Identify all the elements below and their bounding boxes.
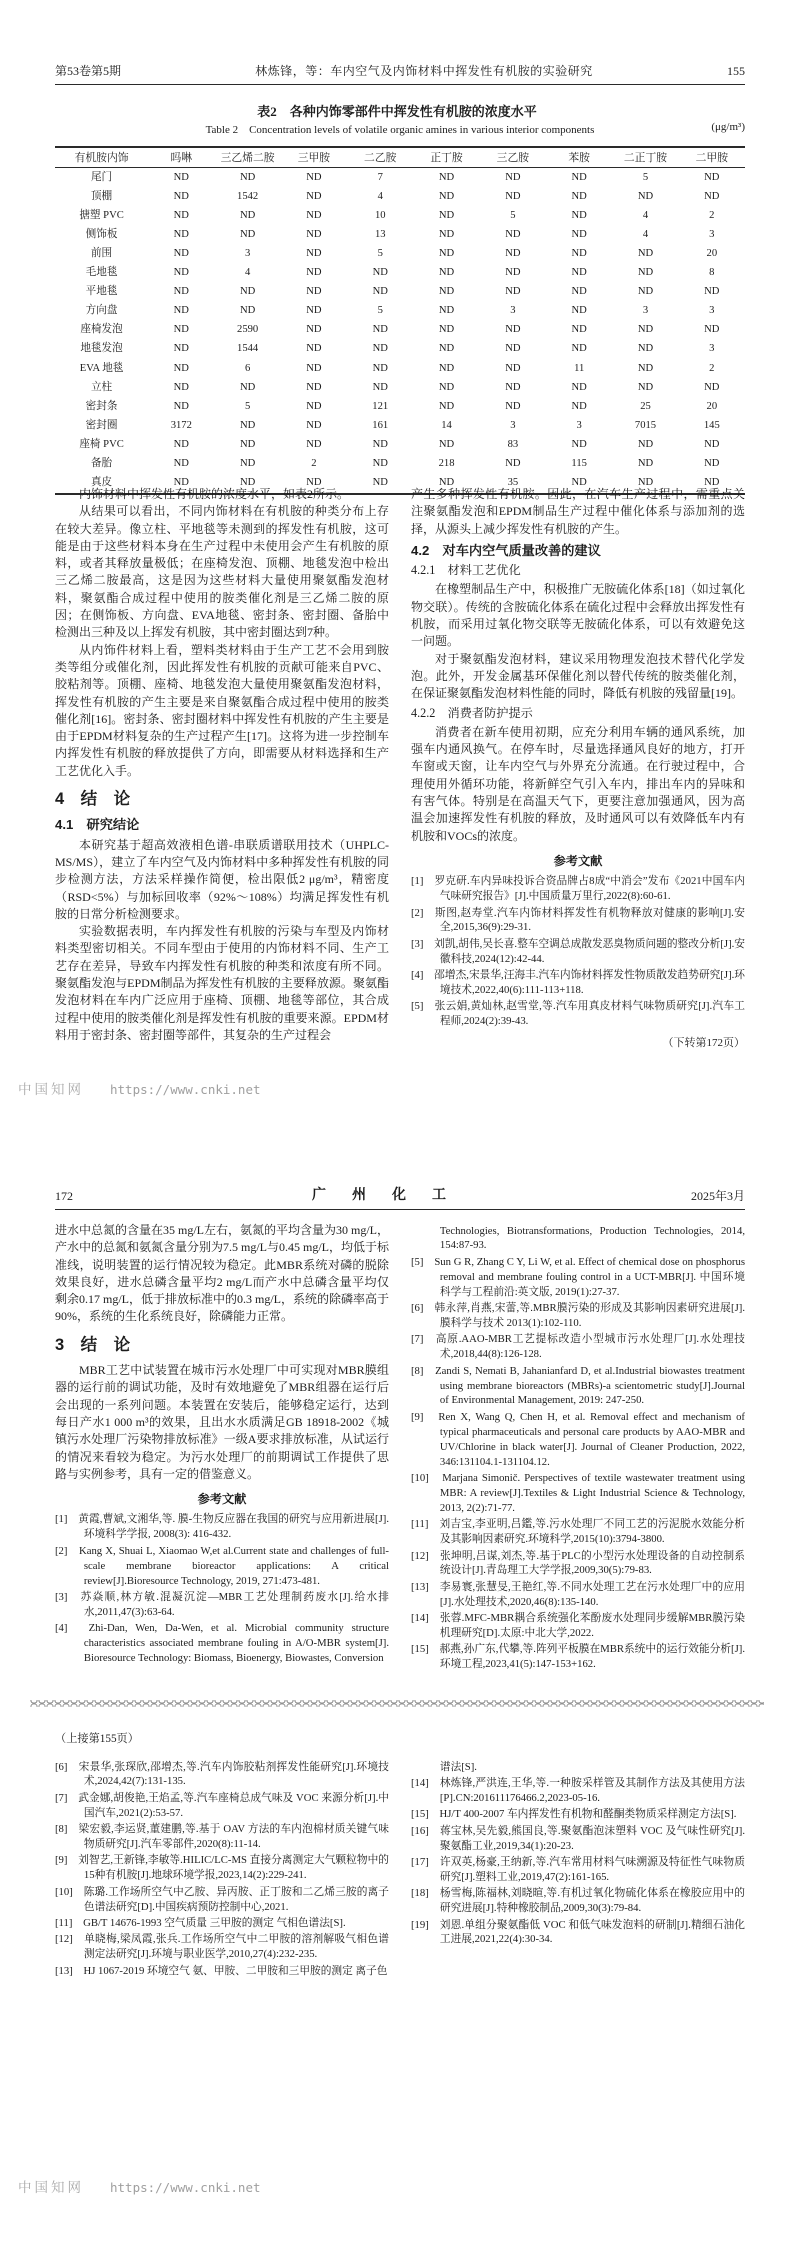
cell-value: 1544 [214, 340, 280, 359]
cell-value: ND [480, 340, 546, 359]
reference-item: [12] 张坤明,吕谋,刘杰,等.基于PLC的小型污水处理设备的自动控制系统设计… [411, 1549, 745, 1579]
cell-value: 7015 [612, 416, 678, 435]
cell-value: ND [148, 340, 214, 359]
row-label: 尾门 [55, 168, 148, 188]
page2-right-column: Technologies, Biotransformations, Produc… [411, 1222, 745, 1674]
row-label: 毛地毯 [55, 264, 148, 283]
reference-item: [6] 宋景华,张琛欣,邵增杰,等.汽车内饰胶粘剂挥发性能研究[J].环境技术,… [55, 1760, 389, 1790]
cell-value: ND [679, 321, 745, 340]
cell-value: ND [148, 435, 214, 454]
page2-running-header: 172 广 州 化 工 2025年3月 [55, 1184, 745, 1210]
cell-value: ND [413, 244, 479, 263]
table-row: 尾门NDNDND7NDNDND5ND [55, 168, 745, 188]
cell-value: ND [679, 187, 745, 206]
cell-value: ND [480, 321, 546, 340]
cell-value: 20 [679, 397, 745, 416]
table-row: 密封条ND5ND121NDNDND2520 [55, 397, 745, 416]
table-row: 前围ND3ND5NDNDNDND20 [55, 244, 745, 263]
cell-value: ND [413, 302, 479, 321]
cell-value: ND [281, 416, 347, 435]
reference-item: [1] 黄霞,曹斌,文湘华,等. 膜-生物反应器在我国的研究与应用新进展[J].… [55, 1512, 389, 1542]
cell-value: ND [679, 378, 745, 397]
issue-label: 第53卷第5期 [55, 62, 121, 79]
page2-watermark: 中国知网 https://www.cnki.net [18, 2176, 261, 2196]
cell-value: ND [347, 264, 413, 283]
cell-value: ND [413, 435, 479, 454]
cell-value: 5 [612, 168, 678, 188]
cell-value: 3172 [148, 416, 214, 435]
cell-value: ND [546, 397, 612, 416]
cell-value: 2 [679, 359, 745, 378]
cell-value: ND [612, 340, 678, 359]
reference-item: [3] 刘凯,胡伟,吴长喜.整车空调总成散发恶臭物质问题的整改分析[J].安徽科… [411, 937, 745, 967]
subsubsection-heading: 4.2.1 材料工艺优化 [411, 562, 745, 579]
cell-value: ND [546, 206, 612, 225]
references-title: 参考文献 [411, 853, 745, 870]
cell-value: 4 [214, 264, 280, 283]
cell-value: ND [546, 378, 612, 397]
cell-value: ND [214, 168, 280, 188]
reference-item: [13] HJ 1067-2019 环境空气 氨、甲胺、二甲胺和三甲胺的测定 离… [55, 1964, 389, 1979]
cell-value: 2590 [214, 321, 280, 340]
cell-value: ND [281, 168, 347, 188]
cell-value: ND [148, 168, 214, 188]
reference-item: [11] GB/T 14676-1993 空气质量 三甲胺的测定 气相色谱法[S… [55, 1916, 389, 1931]
cell-value: ND [413, 359, 479, 378]
reference-item: [8] 梁宏毅,李运贤,董建鹏,等.基于 OAV 方法的车内泡棉材质关键气味物质… [55, 1822, 389, 1852]
cell-value: ND [281, 321, 347, 340]
cell-value: ND [546, 264, 612, 283]
cell-value: ND [546, 283, 612, 302]
row-label: 前围 [55, 244, 148, 263]
cell-value: 14 [413, 416, 479, 435]
journal-name: 广 州 化 工 [312, 1184, 452, 1204]
cell-value: ND [281, 435, 347, 454]
column-header: 正丁胺 [413, 147, 479, 168]
table-row: 搪塑 PVCNDNDND10ND5ND42 [55, 206, 745, 225]
paragraph-continuation: 进水中总氮的含量在35 mg/L左右，氨氮的平均含量为30 mg/L，产水中的总… [55, 1222, 389, 1326]
reference-item: [7] 高原.AAO-MBR工艺提标改造小型城市污水处理厂[J].水处理技术,2… [411, 1332, 745, 1362]
table-row: 平地毯NDNDNDNDNDNDNDNDND [55, 283, 745, 302]
table-row: 立柱NDNDNDNDNDNDNDNDND [55, 378, 745, 397]
cell-value: 20 [679, 244, 745, 263]
cell-value: ND [480, 283, 546, 302]
column-header: 三乙烯二胺 [214, 147, 280, 168]
column-header: 苯胺 [546, 147, 612, 168]
subsubsection-heading: 4.2.2 消费者防护提示 [411, 705, 745, 722]
cell-value: 6 [214, 359, 280, 378]
cell-value: ND [612, 244, 678, 263]
cell-value: 3 [679, 225, 745, 244]
table-caption-cn: 表2 各种内饰零部件中挥发性有机胺的浓度水平 [0, 101, 794, 120]
references-title: 参考文献 [55, 1491, 389, 1508]
table-row: 座椅发泡ND2590NDNDNDNDNDNDND [55, 321, 745, 340]
cell-value: ND [413, 187, 479, 206]
cell-value: 3 [612, 302, 678, 321]
cell-value: ND [281, 340, 347, 359]
table-row: 毛地毯ND4NDNDNDNDNDND8 [55, 264, 745, 283]
continued-on-note: （下转第172页） [411, 1035, 745, 1052]
section-heading: 4 结 论 [55, 791, 389, 808]
cell-value: ND [413, 397, 479, 416]
cell-value: 1542 [214, 187, 280, 206]
row-label: 座椅 PVC [55, 435, 148, 454]
cell-value: ND [148, 187, 214, 206]
cell-value: ND [413, 264, 479, 283]
cell-value: ND [480, 264, 546, 283]
reference-item: [16] 蒋宝林,吴先毅,熊国良,等.聚氨酯泡沫塑料 VOC 及气味性研究[J]… [411, 1824, 745, 1854]
reference-item: [12] 单晓梅,梁凤霞,张兵.工作场所空气中二甲胺的溶剂解吸气相色谱测定法研究… [55, 1932, 389, 1962]
cell-value: ND [347, 340, 413, 359]
cell-value: ND [612, 264, 678, 283]
cell-value: ND [413, 206, 479, 225]
column-header: 二正丁胺 [612, 147, 678, 168]
cell-value: 3 [214, 244, 280, 263]
reference-item: [3] 苏焱顺,林方敏.混凝沉淀—MBR工艺处理制药废水[J].给水排水,201… [55, 1590, 389, 1620]
cell-value: ND [480, 168, 546, 188]
paragraph-continuation: 产生多种挥发性有机胺。因此，在汽车生产过程中，需重点关注聚氨酯发泡和EPDM制品… [411, 486, 745, 538]
reference-item: [19] 刘恩.单组分聚氨酯低 VOC 和低气味发泡料的研制[J].精细石油化工… [411, 1918, 745, 1948]
reference-item: [10] Marjana Simonič. Perspectives of te… [411, 1471, 745, 1516]
column-header: 二乙胺 [347, 147, 413, 168]
cell-value: ND [413, 340, 479, 359]
page1-body-columns: 内饰材料中挥发性有机胺的浓度水平，如表2所示。从结果可以看出，不同内饰材料在有机… [55, 486, 745, 1053]
cell-value: ND [148, 359, 214, 378]
cell-value: ND [347, 378, 413, 397]
reference-item: [14] 张蓉.MFC-MBR耦合系统强化苯酚废水处理同步缓解MBR膜污染机理研… [411, 1611, 745, 1641]
paragraph: 从内饰件材料上看，塑料类材料由于生产工艺不会用到胺类等组分或催化剂，因此挥发性有… [55, 642, 389, 780]
reference-item: [9] 刘智艺,王新锋,李敏等.HILIC/LC-MS 直接分离测定大气颗粒物中… [55, 1853, 389, 1883]
cell-value: 5 [347, 302, 413, 321]
cell-value: 3 [679, 302, 745, 321]
running-title: 林炼锋，等：车内空气及内饰材料中挥发性有机胺的实验研究 [255, 62, 593, 79]
cell-value: 7 [347, 168, 413, 188]
cell-value: ND [480, 244, 546, 263]
reference-item: [18] 杨雪梅,陈福林,刘晓暄,等.有机过氧化物硫化体系在橡胶应用中的研究进展… [411, 1886, 745, 1916]
table-row: 备胎NDND2ND218ND115NDND [55, 455, 745, 474]
continued-from-note: （上接第155页） [55, 1730, 139, 1746]
cell-value: ND [612, 359, 678, 378]
paragraph: 从结果可以看出，不同内饰材料在有机胺的种类分布上存在较大差异。像立柱、平地毯等未… [55, 503, 389, 641]
row-label: 地毯发泡 [55, 340, 148, 359]
cell-value: ND [413, 378, 479, 397]
cell-value: ND [612, 283, 678, 302]
row-label: 搪塑 PVC [55, 206, 148, 225]
reference-item: [9] Ren X, Wang Q, Chen H, et al. Remova… [411, 1410, 745, 1470]
cell-value: ND [480, 187, 546, 206]
table-row: 侧饰板NDNDND13NDNDND43 [55, 225, 745, 244]
cell-value: ND [413, 283, 479, 302]
table-row: 顶棚ND1542ND4NDNDNDNDND [55, 187, 745, 206]
page1-right-column: 产生多种挥发性有机胺。因此，在汽车生产过程中，需重点关注聚氨酯发泡和EPDM制品… [411, 486, 745, 1053]
page1-running-header: 第53卷第5期 林炼锋，等：车内空气及内饰材料中挥发性有机胺的实验研究 155 [55, 62, 745, 85]
reference-item: [5] 张云娟,黄灿林,赵雪堂,等.汽车用真皮材料气味物质研究[J].汽车工程师… [411, 999, 745, 1029]
row-label: 座椅发泡 [55, 321, 148, 340]
cell-value: ND [214, 455, 280, 474]
cell-value: ND [214, 302, 280, 321]
row-label: 方向盘 [55, 302, 148, 321]
decorative-wave-separator [30, 1700, 764, 1707]
cell-value: ND [148, 321, 214, 340]
cell-value: ND [612, 321, 678, 340]
column-header: 二甲胺 [679, 147, 745, 168]
cell-value: ND [480, 455, 546, 474]
cell-value: ND [281, 244, 347, 263]
cell-value: ND [281, 302, 347, 321]
cell-value: ND [546, 340, 612, 359]
paragraph: MBR工艺中试装置在城市污水处理厂中可实现对MBR膜组器的运行前的调试功能，及时… [55, 1362, 389, 1483]
reference-item: [14] 林炼锋,严洪连,王华,等.一种胺采样管及其制作方法及其使用方法[P].… [411, 1776, 745, 1806]
section-heading: 3 结 论 [55, 1337, 389, 1354]
cnki-brand: 中国知网 [18, 1078, 84, 1098]
cell-value: ND [214, 283, 280, 302]
cell-value: 145 [679, 416, 745, 435]
cell-value: ND [281, 206, 347, 225]
cell-value: ND [148, 206, 214, 225]
paragraph: 实验数据表明，车内挥发性有机胺的污染与车型及内饰材料类型密切相关。不同车型由于使… [55, 923, 389, 1044]
cell-value: ND [281, 225, 347, 244]
cell-value: ND [148, 283, 214, 302]
paragraph: 对于聚氨酯发泡材料，建议采用物理发泡技术替代化学发泡。此外，开发金属基环保催化剂… [411, 651, 745, 703]
cell-value: ND [546, 187, 612, 206]
row-label: 备胎 [55, 455, 148, 474]
cell-value: 4 [612, 206, 678, 225]
table-caption-en: Table 2 Concentration levels of volatile… [55, 121, 745, 137]
cell-value: ND [546, 321, 612, 340]
cell-value: ND [612, 378, 678, 397]
reference-item: [17] 许双英,杨豪,王纳新,等.汽车常用材料气味溯源及特征性气味物质研究[J… [411, 1855, 745, 1885]
reference-item: [4] Zhi-Dan, Wen, Da-Wen, et al. Microbi… [55, 1621, 389, 1666]
cell-value: 3 [480, 302, 546, 321]
row-label: 顶棚 [55, 187, 148, 206]
column-header: 有机胺内饰 [55, 147, 148, 168]
cell-value: ND [148, 378, 214, 397]
cell-value: ND [281, 283, 347, 302]
cnki-url: https://www.cnki.net [110, 1082, 261, 1097]
cell-value: ND [347, 359, 413, 378]
row-label: 立柱 [55, 378, 148, 397]
cell-value: 8 [679, 264, 745, 283]
reference-item: [15] HJ/T 400-2007 车内挥发性有机物和醛酮类物质采样测定方法[… [411, 1807, 745, 1822]
cell-value: ND [281, 264, 347, 283]
continuation-right-column: 谱法[S].[14] 林炼锋,严洪连,王华,等.一种胺采样管及其制作方法及其使用… [411, 1758, 745, 1980]
cell-value: ND [148, 302, 214, 321]
continuation-reference-columns: [6] 宋景华,张琛欣,邵增杰,等.汽车内饰胶粘剂挥发性能研究[J].环境技术,… [55, 1758, 745, 1980]
continuation-left-column: [6] 宋景华,张琛欣,邵增杰,等.汽车内饰胶粘剂挥发性能研究[J].环境技术,… [55, 1758, 389, 1980]
reference-continuation: Technologies, Biotransformations, Produc… [411, 1224, 745, 1254]
cell-value: ND [214, 206, 280, 225]
cell-value: 161 [347, 416, 413, 435]
column-header: 吗啉 [148, 147, 214, 168]
reference-continuation: 谱法[S]. [411, 1760, 745, 1775]
subsection-heading: 4.2 对车内空气质量改善的建议 [411, 542, 745, 559]
cell-value: 5 [214, 397, 280, 416]
cell-value: ND [413, 321, 479, 340]
row-label: EVA 地毯 [55, 359, 148, 378]
table-unit-label: (μg/m³) [711, 121, 745, 133]
cell-value: ND [413, 168, 479, 188]
table-row: 座椅 PVCNDNDNDNDND83NDNDND [55, 435, 745, 454]
cell-value: ND [148, 225, 214, 244]
table-row: EVA 地毯ND6NDNDNDND11ND2 [55, 359, 745, 378]
cell-value: 115 [546, 455, 612, 474]
table-caption-en-text: Table 2 Concentration levels of volatile… [206, 124, 595, 136]
cell-value: 83 [480, 435, 546, 454]
cell-value: 10 [347, 206, 413, 225]
cell-value: ND [347, 435, 413, 454]
cell-value: 5 [480, 206, 546, 225]
cell-value: 3 [679, 340, 745, 359]
cell-value: ND [546, 168, 612, 188]
cell-value: ND [679, 435, 745, 454]
cell-value: 5 [347, 244, 413, 263]
reference-item: [5] Sun G R, Zhang C Y, Li W, et al. Eff… [411, 1255, 745, 1300]
reference-item: [10] 陈璐.工作场所空气中乙胺、异丙胺、正丁胺和二乙烯三胺的离子色谱法研究[… [55, 1885, 389, 1915]
cell-value: 4 [612, 225, 678, 244]
reference-item: [6] 韩永萍,肖燕,宋蕾,等.MBR膜污染的形成及其影响因素研究进展[J].膜… [411, 1301, 745, 1331]
row-label: 侧饰板 [55, 225, 148, 244]
column-header: 三乙胺 [480, 147, 546, 168]
row-label: 密封圈 [55, 416, 148, 435]
page-number: 172 [55, 1189, 73, 1204]
cell-value: 3 [480, 416, 546, 435]
reference-item: [15] 郝燕,孙广东,代攀,等.阵列平板膜在MBR系统中的运行效能分析[J].… [411, 1642, 745, 1672]
cell-value: ND [281, 187, 347, 206]
cell-value: ND [214, 378, 280, 397]
cell-value: ND [148, 264, 214, 283]
cell-value: 4 [347, 187, 413, 206]
cell-value: ND [679, 283, 745, 302]
cell-value: ND [612, 455, 678, 474]
paragraph: 内饰材料中挥发性有机胺的浓度水平，如表2所示。 [55, 486, 389, 503]
cell-value: 13 [347, 225, 413, 244]
cell-value: 218 [413, 455, 479, 474]
cell-value: ND [679, 455, 745, 474]
cell-value: ND [214, 435, 280, 454]
cell-value: ND [281, 359, 347, 378]
cell-value: 121 [347, 397, 413, 416]
cell-value: ND [480, 359, 546, 378]
cell-value: 25 [612, 397, 678, 416]
cell-value: ND [148, 244, 214, 263]
cell-value: 3 [546, 416, 612, 435]
reference-item: [8] Zandi S, Nemati B, Jahanianfard D, e… [411, 1364, 745, 1409]
row-label: 密封条 [55, 397, 148, 416]
reference-item: [7] 武金娜,胡俊艳,王焰孟,等.汽车座椅总成气味及 VOC 来源分析[J].… [55, 1791, 389, 1821]
cell-value: 2 [281, 455, 347, 474]
cell-value: ND [281, 397, 347, 416]
cell-value: ND [480, 397, 546, 416]
concentration-table-wrap: 有机胺内饰吗啉三乙烯二胺三甲胺二乙胺正丁胺三乙胺苯胺二正丁胺二甲胺尾门NDNDN… [55, 146, 745, 495]
page1-left-column: 内饰材料中挥发性有机胺的浓度水平，如表2所示。从结果可以看出，不同内饰材料在有机… [55, 486, 389, 1053]
cell-value: ND [413, 225, 479, 244]
reference-item: [1] 罗克研.车内异味投诉合资品牌占8成“中消会”发布《2021中国车内气味研… [411, 874, 745, 904]
page-number: 155 [727, 64, 745, 79]
reference-item: [4] 邵增杰,宋景华,汪海丰.汽车内饰材料挥发性物质散发趋势研究[J].环境技… [411, 968, 745, 998]
table-header-row: 有机胺内饰吗啉三乙烯二胺三甲胺二乙胺正丁胺三乙胺苯胺二正丁胺二甲胺 [55, 147, 745, 168]
table-row: 密封圈3172NDND16114337015145 [55, 416, 745, 435]
reference-item: [2] 斯图,赵寿堂.汽车内饰材料挥发性有机物释放对健康的影响[J].安全,20… [411, 906, 745, 936]
cnki-brand: 中国知网 [18, 2176, 84, 2196]
concentration-table: 有机胺内饰吗啉三乙烯二胺三甲胺二乙胺正丁胺三乙胺苯胺二正丁胺二甲胺尾门NDNDN… [55, 146, 745, 495]
cell-value: ND [546, 435, 612, 454]
cell-value: ND [612, 435, 678, 454]
cell-value: ND [214, 225, 280, 244]
cell-value: ND [281, 378, 347, 397]
row-label: 平地毯 [55, 283, 148, 302]
cell-value: ND [480, 225, 546, 244]
paragraph: 消费者在新车使用初期，应充分利用车辆的通风系统，加强车内通风换气。在停车时，尽量… [411, 724, 745, 845]
cell-value: ND [480, 378, 546, 397]
paragraph: 在橡塑制品生产中，积极推广无胺硫化体系[18]（如过氧化物交联）。传统的含胺硫化… [411, 581, 745, 650]
table-row: 地毯发泡ND1544NDNDNDNDNDND3 [55, 340, 745, 359]
cell-value: ND [347, 321, 413, 340]
cell-value: ND [546, 244, 612, 263]
subsection-heading: 4.1 研究结论 [55, 816, 389, 833]
reference-item: [13] 李易寰,张慧旻,王艳红,等.不同水处理工艺在污水处理厂中的应用[J].… [411, 1580, 745, 1610]
cnki-url: https://www.cnki.net [110, 2180, 261, 2195]
page2-left-column: 进水中总氮的含量在35 mg/L左右，氨氮的平均含量为30 mg/L，产水中的总… [55, 1222, 389, 1674]
cell-value: ND [546, 302, 612, 321]
cell-value: 2 [679, 206, 745, 225]
cell-value: 11 [546, 359, 612, 378]
table-row: 方向盘NDNDND5ND3ND33 [55, 302, 745, 321]
journal-scan-page: { "watermark": { "brand": "中国知网", "url":… [0, 0, 794, 2244]
cell-value: ND [347, 283, 413, 302]
cell-value: ND [148, 397, 214, 416]
paragraph: 本研究基于超高效液相色谱-串联质谱联用技术（UHPLC-MS/MS），建立了车内… [55, 837, 389, 923]
cell-value: ND [347, 455, 413, 474]
reference-item: [2] Kang X, Shuai L, Xiaomao W,et al.Cur… [55, 1544, 389, 1589]
page1-watermark: 中国知网 https://www.cnki.net [18, 1078, 261, 1098]
issue-date: 2025年3月 [691, 1187, 745, 1204]
cell-value: ND [612, 187, 678, 206]
cell-value: ND [546, 225, 612, 244]
cell-value: ND [214, 416, 280, 435]
cell-value: ND [679, 168, 745, 188]
reference-item: [11] 刘吉宝,李亚明,吕鑑,等.污水处理厂不同工艺的污泥脱水效能分析及其影响… [411, 1517, 745, 1547]
page2-body-columns: 进水中总氮的含量在35 mg/L左右，氨氮的平均含量为30 mg/L，产水中的总… [55, 1222, 745, 1674]
cell-value: ND [148, 455, 214, 474]
column-header: 三甲胺 [281, 147, 347, 168]
